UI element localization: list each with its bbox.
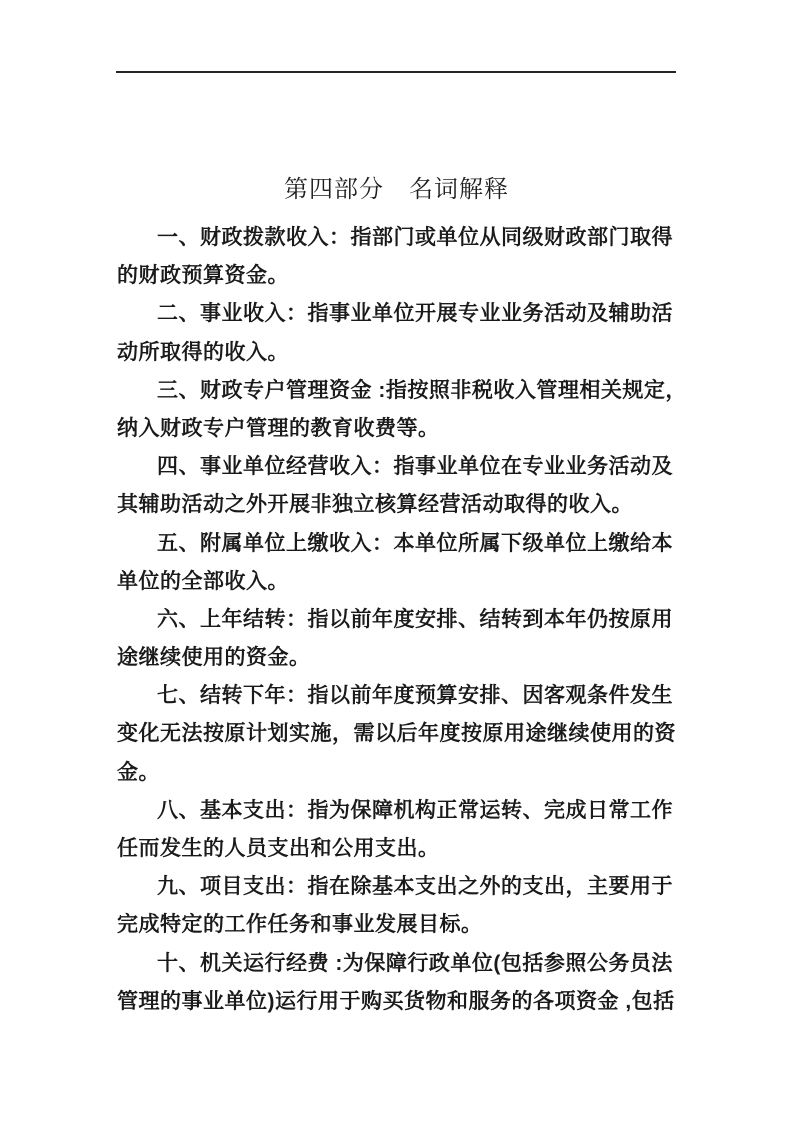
paragraph-first-line: 九、项目支出：指在除基本支出之外的支出，主要用于 (117, 868, 677, 906)
document-page: 第四部分 名词解释 一、财政拨款收入：指部门或单位从同级财政部门取得的财政预算资… (0, 0, 793, 1122)
paragraph-first-line: 四、事业单位经营收入：指事业单位在专业业务活动及 (117, 448, 677, 486)
paragraph-first-line: 二、事业收入：指事业单位开展专业业务活动及辅助活 (117, 295, 677, 333)
paragraph-first-line: 八、基本支出：指为保障机构正常运转、完成日常工作 (117, 792, 677, 830)
document-body: 一、财政拨款收入：指部门或单位从同级财政部门取得的财政预算资金。二、事业收入：指… (117, 219, 677, 1021)
paragraph-first-line: 一、财政拨款收入：指部门或单位从同级财政部门取得 (117, 219, 677, 257)
paragraph-line: 动所取得的收入。 (117, 334, 677, 372)
paragraph-line: 的财政预算资金。 (117, 257, 677, 295)
paragraph-line: 纳入财政专户管理的教育收费等。 (117, 410, 677, 448)
paragraph-line: 管理的事业单位)运行用于购买货物和服务的各项资金 ,包括 (117, 983, 677, 1021)
paragraph-first-line: 十、机关运行经费 :为保障行政单位(包括参照公务员法 (117, 945, 677, 983)
paragraph-line: 完成特定的工作任务和事业发展目标。 (117, 906, 677, 944)
paragraph-line: 金。 (117, 754, 677, 792)
paragraph-first-line: 七、结转下年：指以前年度预算安排、因客观条件发生 (117, 677, 677, 715)
paragraph-line: 变化无法按原计划实施，需以后年度按原用途继续使用的资 (117, 715, 677, 753)
paragraph-first-line: 五、附属单位上缴收入：本单位所属下级单位上缴给本 (117, 525, 677, 563)
paragraph-line: 单位的全部收入。 (117, 563, 677, 601)
page-title: 第四部分 名词解释 (0, 174, 793, 206)
header-rule (116, 71, 676, 73)
paragraph-first-line: 三、财政专户管理资金 :指按照非税收入管理相关规定， (117, 372, 677, 410)
paragraph-first-line: 六、上年结转：指以前年度安排、结转到本年仍按原用 (117, 601, 677, 639)
paragraph-line: 途继续使用的资金。 (117, 639, 677, 677)
paragraph-line: 其辅助活动之外开展非独立核算经营活动取得的收入。 (117, 486, 677, 524)
paragraph-line: 任而发生的人员支出和公用支出。 (117, 830, 677, 868)
